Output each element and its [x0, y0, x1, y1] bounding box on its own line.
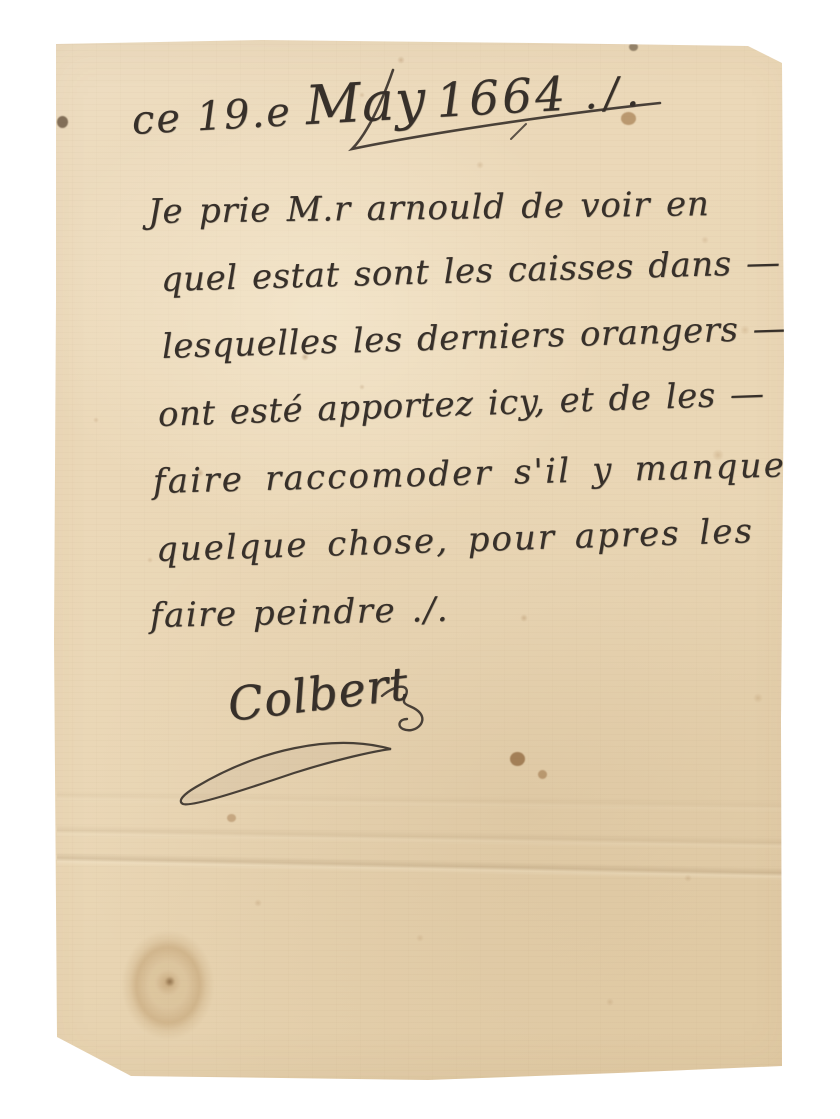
- fox-spot: [227, 814, 236, 822]
- fox-spot: [510, 752, 525, 766]
- handwriting-line: Je prie M.r arnould de voir en: [148, 185, 710, 232]
- handwriting-line: ont esté apportez icy, et de les —: [157, 375, 765, 435]
- handwriting-line: faire raccomoder s'il y manque: [152, 446, 786, 502]
- fox-spot: [538, 770, 547, 779]
- paper-sheet: ce 19.eMay1664./. Je prie M.r arnould de…: [0, 0, 840, 1119]
- ink-spot: [57, 116, 68, 128]
- fold-crease: [57, 790, 782, 813]
- ink-spot: [629, 43, 638, 51]
- handwriting-line: quel estat sont les caisses dans —: [160, 244, 780, 300]
- handwriting-line: quelque chose, pour apres les: [155, 512, 754, 570]
- date-month: May: [304, 68, 428, 138]
- date-end-mark: ./.: [583, 66, 647, 118]
- date-prefix: ce 19.e: [131, 89, 293, 144]
- fold-crease: [57, 825, 782, 851]
- scan-page: ce 19.eMay1664./. Je prie M.r arnould de…: [0, 0, 840, 1119]
- date-line: ce 19.eMay1664./.: [130, 55, 647, 147]
- date-underline-tick: [511, 124, 526, 139]
- signature: Colbert: [225, 660, 411, 728]
- handwriting-line: faire peindre ./.: [150, 591, 450, 636]
- fold-crease: [57, 852, 782, 880]
- handwriting-line: lesquelles les derniers orangers —: [161, 309, 787, 367]
- seal-stain: [120, 928, 216, 1042]
- date-year: 1664: [435, 67, 569, 129]
